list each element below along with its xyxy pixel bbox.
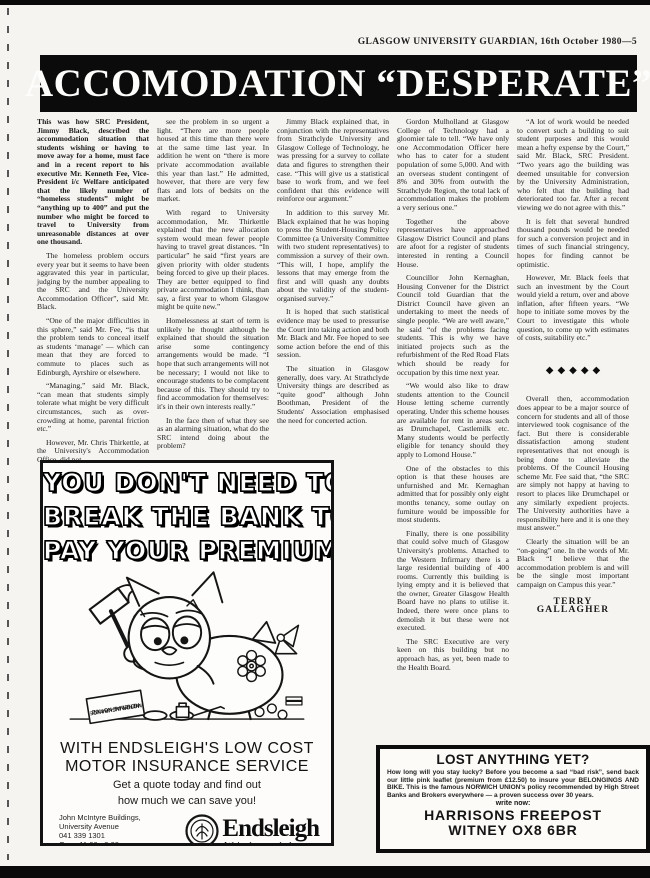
address-line: John McIntyre Buildings, bbox=[59, 813, 141, 822]
address-block: John McIntyre Buildings, University Aven… bbox=[59, 813, 141, 846]
article-column-1: This was how SRC President, Jimmy Black,… bbox=[37, 118, 149, 470]
paragraph: Homelessness at start of term is unlikel… bbox=[157, 317, 269, 412]
ad-subhead-line-1: WITH ENDSLEIGH'S LOW COST bbox=[43, 740, 331, 758]
address-line: University Avenue bbox=[59, 822, 141, 831]
paragraph: In addition to this survey Mr. Black exp… bbox=[277, 209, 389, 304]
paragraph: “We would also like to draw students att… bbox=[397, 382, 509, 459]
paragraph: One of the obstacles to this option is t… bbox=[397, 465, 509, 525]
paragraph: In the face then of what they see as an … bbox=[157, 417, 269, 451]
paragraph: However, Mr. Black feels that such an in… bbox=[517, 274, 629, 343]
paragraph: Together the above representatives have … bbox=[397, 218, 509, 270]
address-line: Open 11.00 - 3.00 bbox=[59, 840, 141, 846]
paragraph: see the problem in so urgent a light. “T… bbox=[157, 118, 269, 204]
article-column-2: see the problem in so urgent a light. “T… bbox=[157, 118, 269, 456]
paragraph: The SRC Executive are very keen on this … bbox=[397, 638, 509, 672]
harrisons-ad: LOST ANYTHING YET? How long will you sta… bbox=[376, 745, 650, 853]
top-border-bar bbox=[0, 0, 650, 5]
ad-headline-line-1: YOU DON'T NEED TO bbox=[43, 468, 331, 497]
endsleigh-crest-icon bbox=[184, 813, 220, 846]
paragraph: Finally, there is one possibility that c… bbox=[397, 530, 509, 633]
paragraph: Councillor John Kernaghan, Housing Conve… bbox=[397, 274, 509, 377]
paragraph: “A lot of work would be needed to conver… bbox=[517, 118, 629, 213]
ad-title: LOST ANYTHING YET? bbox=[387, 752, 639, 767]
left-edge-marks bbox=[7, 8, 9, 860]
article-column-4: Gordon Mulholland at Glasgow College of … bbox=[397, 118, 509, 677]
byline: TERRY GALLAGHER bbox=[517, 598, 629, 615]
endsleigh-ad: YOU DON'T NEED TO BREAK THE BANK TO PAY … bbox=[40, 460, 334, 846]
ad-headline-line-2: BREAK THE BANK TO bbox=[43, 502, 331, 531]
owl-hammer-piggybank-cartoon: MOTOR INSURANCE RENEWAL NOTICE bbox=[43, 567, 331, 740]
address-line: 041 339 1301 bbox=[59, 831, 141, 840]
headline-banner: ACCOMODATION “DESPERATE” bbox=[40, 55, 637, 112]
paragraph: With regard to University accommodation,… bbox=[157, 209, 269, 312]
ad-tagline-line-2: how much we can save you! bbox=[43, 795, 331, 808]
paragraph: The homeless problem occurs every year b… bbox=[37, 252, 149, 312]
headline: ACCOMODATION “DESPERATE” bbox=[25, 61, 650, 106]
diamond-divider: ◆◆◆◆◆ bbox=[517, 367, 629, 376]
lead-paragraph: This was how SRC President, Jimmy Black,… bbox=[37, 118, 149, 247]
ad-headline-line-3: PAY YOUR PREMIUM bbox=[43, 536, 331, 565]
brand-slogan: We're here to help bbox=[224, 842, 319, 847]
ad-body: How long will you stay lucky? Before you… bbox=[387, 769, 639, 799]
paragraph: It is hoped that such statistical eviden… bbox=[277, 308, 389, 360]
masthead: GLASGOW UNIVERSITY GUARDIAN, 16th Octobe… bbox=[358, 37, 637, 47]
paragraph: “One of the major difficulties in this s… bbox=[37, 317, 149, 377]
paragraph: Clearly the situation will be an “on-goi… bbox=[517, 538, 629, 590]
brand-wordmark: Endsleigh bbox=[222, 816, 319, 841]
paragraph: It is felt that several hundred thousand… bbox=[517, 218, 629, 270]
ad-tagline-line-1: Get a quote today and find out bbox=[43, 779, 331, 792]
ad-address-line-2: WITNEY OX8 6BR bbox=[387, 823, 639, 838]
article-column-3: Jimmy Black explained that, in conjuncti… bbox=[277, 118, 389, 430]
article-column-5: “A lot of work would be needed to conver… bbox=[517, 118, 629, 615]
endsleigh-logo: Endsleigh We're here to help bbox=[184, 813, 319, 846]
bottom-border-bar bbox=[0, 866, 650, 878]
paragraph: Jimmy Black explained that, in conjuncti… bbox=[277, 118, 389, 204]
paragraph: Overall then, accommodation does appear … bbox=[517, 395, 629, 533]
paragraph: The situation in Glasgow generally, does… bbox=[277, 365, 389, 425]
ad-subhead-line-2: MOTOR INSURANCE SERVICE bbox=[43, 758, 331, 776]
paragraph: “Managing,” said Mr. Black, “can mean th… bbox=[37, 382, 149, 434]
ad-cta: write now: bbox=[387, 800, 639, 807]
paragraph: Gordon Mulholland at Glasgow College of … bbox=[397, 118, 509, 213]
ad-address-line-1: HARRISONS FREEPOST bbox=[387, 808, 639, 823]
